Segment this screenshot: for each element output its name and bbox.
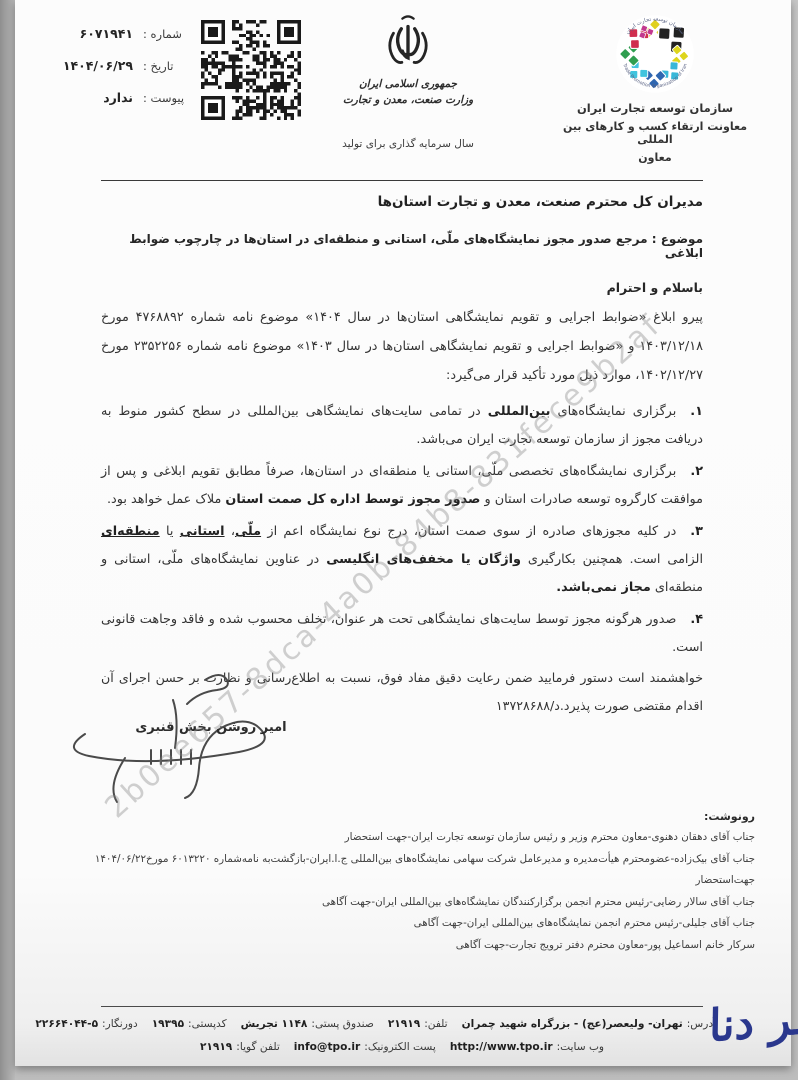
iran-emblem-block: جمهوری اسلامی ایران وزارت صنعت، معدن و ت… bbox=[323, 14, 493, 106]
footer-field: دورنگار:۵-۲۲۶۶۴۰۴۴ bbox=[35, 1013, 137, 1036]
tpo-org-block: سازمان توسعه تجارت ایران Trade Promotion… bbox=[545, 10, 765, 164]
cc-lines: جناب آقای دهقان دهنوی-معاون محترم وزیر و… bbox=[55, 827, 755, 956]
list-item: ۴.صدور هرگونه مجوز توسط سایت‌های نمایشگا… bbox=[101, 606, 703, 662]
cc-line: جناب آقای بیک‌زاده-عضومحترم هیأت‌مدیره و… bbox=[55, 849, 755, 892]
signature-block: امیر روشن بخش قنبری bbox=[55, 662, 335, 812]
recipient-line: مدیران کل محترم صنعت، معدن و تجارت استان… bbox=[101, 194, 703, 210]
letter-body: مدیران کل محترم صنعت، معدن و تجارت استان… bbox=[101, 190, 703, 720]
cc-line: جناب آقای جلیلی-رئیس محترم انجمن نمایشگا… bbox=[55, 913, 755, 935]
footer-block: آدرس:تهران- ولیعصر(عج) - بزرگراه شهید چم… bbox=[81, 1013, 723, 1059]
list-item-number: ۱. bbox=[690, 404, 703, 419]
scanned-letter-page: { "letterhead": { "meta": { "number_labe… bbox=[0, 0, 798, 1080]
list-item-number: ۴. bbox=[690, 612, 703, 627]
list-item-text: برگزاری نمایشگاه‌های bbox=[551, 404, 677, 419]
letter-page: شماره : ۶۰۷۱۹۴۱ تاریخ : ۱۴۰۴/۰۶/۲۹ پیوست… bbox=[15, 0, 791, 1066]
footer-field: آدرس:تهران- ولیعصر(عج) - بزرگراه شهید چم… bbox=[462, 1013, 716, 1036]
list-item: ۳.در کلیه مجوزهای صادره از سوی صمت استان… bbox=[101, 518, 703, 602]
footer-field: تلفن:۲۱۹۱۹ bbox=[388, 1013, 448, 1036]
list-item: ۱.برگزاری نمایشگاه‌های بین‌المللی در تما… bbox=[101, 398, 703, 454]
footer-address-line: آدرس:تهران- ولیعصر(عج) - بزرگراه شهید چم… bbox=[81, 1013, 723, 1036]
org-deputy: معاونت ارتقاء کسب و کارهای بین المللی bbox=[545, 120, 765, 146]
list-item-number: ۳. bbox=[690, 524, 703, 539]
list-item-text: بین‌المللی bbox=[488, 404, 551, 419]
list-item-text: ملّی bbox=[235, 524, 261, 539]
numbered-list: ۱.برگزاری نمایشگاه‌های بین‌المللی در تما… bbox=[101, 398, 703, 662]
footer-field: کدپستی:۱۹۳۹۵ bbox=[152, 1013, 227, 1036]
footer-field: صندوق پستی:۱۱۴۸ تجریش bbox=[241, 1013, 374, 1036]
footer-field: وب سایت:http://www.tpo.ir bbox=[450, 1036, 604, 1059]
cc-block: رونوشت: جناب آقای دهقان دهنوی-معاون محتر… bbox=[55, 810, 755, 956]
list-item: ۲.برگزاری نمایشگاه‌های تخصصی ملّی، استان… bbox=[101, 458, 703, 514]
list-item-text: منطقه‌ای bbox=[101, 524, 160, 539]
list-item-text: ، bbox=[225, 524, 235, 539]
list-item-text: صدور هرگونه مجوز توسط سایت‌های نمایشگاهی… bbox=[101, 612, 703, 655]
date-value: ۱۴۰۴/۰۶/۲۹ bbox=[63, 58, 133, 73]
subject-line: موضوع : مرجع صدور مجوز نمایشگاه‌های ملّی… bbox=[101, 232, 703, 260]
cc-line: جناب آقای سالار رضایی-رئیس محترم انجمن ب… bbox=[55, 892, 755, 914]
list-item-text: صدور مجوز توسط اداره کل صمت استان bbox=[225, 492, 480, 507]
qr-code bbox=[201, 20, 301, 120]
letter-number-row: شماره : ۶۰۷۱۹۴۱ bbox=[23, 26, 195, 41]
salutation-line: باسلام و احترام bbox=[101, 280, 703, 295]
cc-label: رونوشت: bbox=[55, 810, 755, 823]
list-item-text: استانی bbox=[180, 524, 225, 539]
signature-scribble bbox=[55, 662, 335, 812]
list-item-number: ۲. bbox=[690, 464, 703, 479]
number-label: شماره : bbox=[143, 27, 195, 41]
year-slogan: سال سرمایه گذاری برای تولید bbox=[323, 138, 493, 150]
tpo-logo-icon: سازمان توسعه تجارت ایران Trade Promotion… bbox=[611, 10, 699, 98]
list-item-text: در کلیه مجوزهای صادره از سوی صمت استان، … bbox=[261, 524, 676, 539]
letter-attachment-row: پیوست : ندارد bbox=[23, 90, 195, 105]
list-item-text: واژگان یا مخفف‌های انگلیسی bbox=[326, 552, 521, 567]
list-item-text: یا bbox=[160, 524, 180, 539]
cc-line: جناب آقای دهقان دهنوی-معاون محترم وزیر و… bbox=[55, 827, 755, 849]
org-name: سازمان توسعه تجارت ایران bbox=[545, 101, 765, 115]
government-title: جمهوری اسلامی ایران bbox=[323, 78, 493, 90]
footer-contact-line: وب سایت:http://www.tpo.irپست الکترونیک:i… bbox=[81, 1036, 723, 1059]
scan-edge-shadow bbox=[0, 0, 15, 1080]
attachment-value: ندارد bbox=[103, 90, 133, 105]
list-item-text: مجاز نمی‌باشد. bbox=[556, 580, 651, 595]
org-role: معاون bbox=[545, 151, 765, 164]
attachment-label: پیوست : bbox=[143, 91, 195, 105]
list-item-text: الزامی است. همچنین بکارگیری bbox=[521, 552, 703, 567]
letter-date-row: تاریخ : ۱۴۰۴/۰۶/۲۹ bbox=[23, 58, 195, 73]
date-label: تاریخ : bbox=[143, 59, 195, 73]
list-item-text: ملاک عمل خواهد بود. bbox=[107, 492, 225, 507]
cc-line: سرکار خانم اسماعیل پور-معاون محترم دفتر … bbox=[55, 935, 755, 957]
signer-name: امیر روشن بخش قنبری bbox=[111, 720, 311, 735]
footer-field: تلفن گویا:۲۱۹۱۹ bbox=[200, 1036, 280, 1059]
allah-emblem-icon bbox=[380, 14, 436, 76]
footer-divider bbox=[101, 1006, 703, 1007]
intro-paragraph: پیرو ابلاغ «ضوابط اجرایی و تقویم نمایشگا… bbox=[101, 303, 703, 390]
footer-field: پست الکترونیک:info@tpo.ir bbox=[294, 1036, 436, 1059]
press-brand-logo: عصـر دنا bbox=[691, 987, 798, 1054]
header-divider bbox=[101, 180, 703, 181]
letter-meta-block: شماره : ۶۰۷۱۹۴۱ تاریخ : ۱۴۰۴/۰۶/۲۹ پیوست… bbox=[23, 26, 195, 122]
ministry-title: وزارت صنعت، معدن و تجارت bbox=[323, 94, 493, 106]
number-value: ۶۰۷۱۹۴۱ bbox=[80, 26, 133, 41]
